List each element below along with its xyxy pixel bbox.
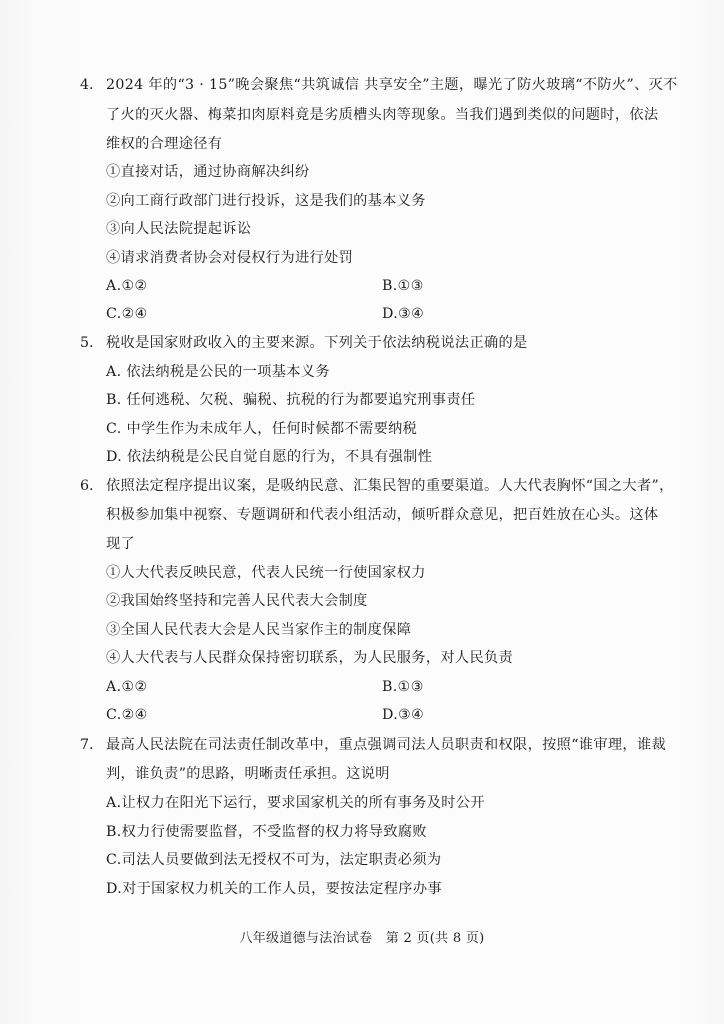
option-label: C. [106, 852, 122, 868]
option-text: ③④ [398, 707, 424, 723]
question-number: 6. [80, 476, 94, 496]
statement-2: ②我国始终坚持和完善人民代表大会制度 [106, 591, 368, 611]
option-c[interactable]: C. 中学生作为未成年人，任何时候都不需要纳税 [106, 419, 417, 439]
option-text: ②④ [122, 306, 148, 322]
option-label: D. [106, 449, 122, 465]
option-a[interactable]: A.①② [106, 276, 148, 296]
statement-4: ④请求消费者协会对侵权行为进行处罚 [106, 248, 353, 268]
option-text: ①③ [398, 679, 424, 695]
option-text: ①③ [398, 278, 424, 294]
question-stem-line: 最高人民法院在司法责任制改革中，重点强调司法人员职责和权限，按照“谁审理，谁裁 [106, 735, 666, 755]
exam-page: 4. 2024 年的“3 · 15”晚会聚焦“共筑诚信 共享安全”主题，曝光了防… [0, 0, 724, 1024]
statement-1: ①人大代表反映民意，代表人民统一行使国家权力 [106, 563, 426, 583]
option-label: B. [106, 824, 122, 840]
question-stem-line: 积极参加集中视察、专题调研和代表小组活动，倾听群众意见，把百姓放在心头。这体 [106, 505, 658, 525]
option-label: A. [106, 795, 121, 811]
option-d[interactable]: D.对于国家权力机关的工作人员，要按法定程序办事 [106, 879, 442, 899]
option-b[interactable]: B.权力行使需要监督，不受监督的权力将导致腐败 [106, 822, 427, 842]
statement-3: ③全国人民代表大会是人民当家作主的制度保障 [106, 620, 411, 640]
option-label: B. [382, 679, 398, 695]
question-number: 7. [80, 735, 94, 755]
statement-1: ①直接对话，通过协商解决纠纷 [106, 162, 310, 182]
option-label: C. [106, 707, 122, 723]
option-c[interactable]: C.②④ [106, 705, 148, 725]
option-text: 权力行使需要监督，不受监督的权力将导致腐败 [122, 824, 427, 840]
question-stem-line: 判，谁负责”的思路，明晰责任承担。这说明 [106, 764, 390, 784]
question-number: 4. [80, 75, 94, 95]
question-stem-line: 依照法定程序提出议案，是吸纳民意、汇集民智的重要渠道。人大代表胸怀“国之大者”， [106, 476, 674, 496]
option-text: ②④ [122, 707, 148, 723]
question-stem-line: 维权的合理途径有 [106, 134, 222, 154]
question-stem-line: 现了 [106, 534, 135, 554]
option-label: A. [106, 679, 121, 695]
option-label: C. [106, 306, 122, 322]
option-text: ③④ [398, 306, 424, 322]
option-b[interactable]: B.①③ [382, 276, 424, 296]
option-text: ①② [121, 679, 147, 695]
option-label: A. [106, 364, 121, 380]
option-label: B. [382, 278, 398, 294]
option-label: D. [382, 306, 398, 322]
option-a[interactable]: A.①② [106, 677, 148, 697]
option-label: D. [382, 707, 398, 723]
option-b[interactable]: B.①③ [382, 677, 424, 697]
option-text: 对于国家权力机关的工作人员，要按法定程序办事 [122, 881, 442, 897]
option-text: 依法纳税是公民的一项基本义务 [126, 364, 330, 380]
option-label: A. [106, 278, 121, 294]
option-text: ①② [121, 278, 147, 294]
option-d[interactable]: D. 依法纳税是公民自觉自愿的行为，不具有强制性 [106, 447, 432, 467]
option-text: 中学生作为未成年人，任何时候都不需要纳税 [126, 421, 417, 437]
page-footer: 八年级道德与法治试卷 第 2 页(共 8 页) [0, 930, 724, 948]
option-b[interactable]: B. 任何逃税、欠税、骗税、抗税的行为都要追究刑事责任 [106, 390, 475, 410]
option-label: C. [106, 421, 122, 437]
option-text: 依法纳税是公民自觉自愿的行为，不具有强制性 [127, 449, 432, 465]
question-stem-line: 了火的灭火器、梅菜扣肉原料竟是劣质槽头肉等现象。当我们遇到类似的问题时，依法 [106, 105, 658, 125]
question-stem-line: 税收是国家财政收入的主要来源。下列关于依法纳税说法正确的是 [106, 333, 528, 353]
option-c[interactable]: C.司法人员要做到法无授权不可为，法定职责必须为 [106, 850, 441, 870]
option-label: B. [106, 392, 122, 408]
option-label: D. [106, 881, 122, 897]
option-d[interactable]: D.③④ [382, 705, 424, 725]
statement-3: ③向人民法院提起诉讼 [106, 219, 251, 239]
question-number: 5. [80, 333, 94, 353]
statement-4: ④人大代表与人民群众保持密切联系，为人民服务，对人民负责 [106, 648, 513, 668]
option-text: 任何逃税、欠税、骗税、抗税的行为都要追究刑事责任 [127, 392, 476, 408]
question-stem-line: 2024 年的“3 · 15”晚会聚焦“共筑诚信 共享安全”主题，曝光了防火玻璃… [106, 75, 678, 95]
option-d[interactable]: D.③④ [382, 304, 424, 324]
statement-2: ②向工商行政部门进行投诉，这是我们的基本义务 [106, 191, 426, 211]
option-text: 司法人员要做到法无授权不可为，法定职责必须为 [122, 852, 442, 868]
option-a[interactable]: A. 依法纳税是公民的一项基本义务 [106, 362, 330, 382]
option-a[interactable]: A.让权力在阳光下运行，要求国家机关的所有事务及时公开 [106, 793, 485, 813]
option-text: 让权力在阳光下运行，要求国家机关的所有事务及时公开 [121, 795, 484, 811]
option-c[interactable]: C.②④ [106, 304, 148, 324]
